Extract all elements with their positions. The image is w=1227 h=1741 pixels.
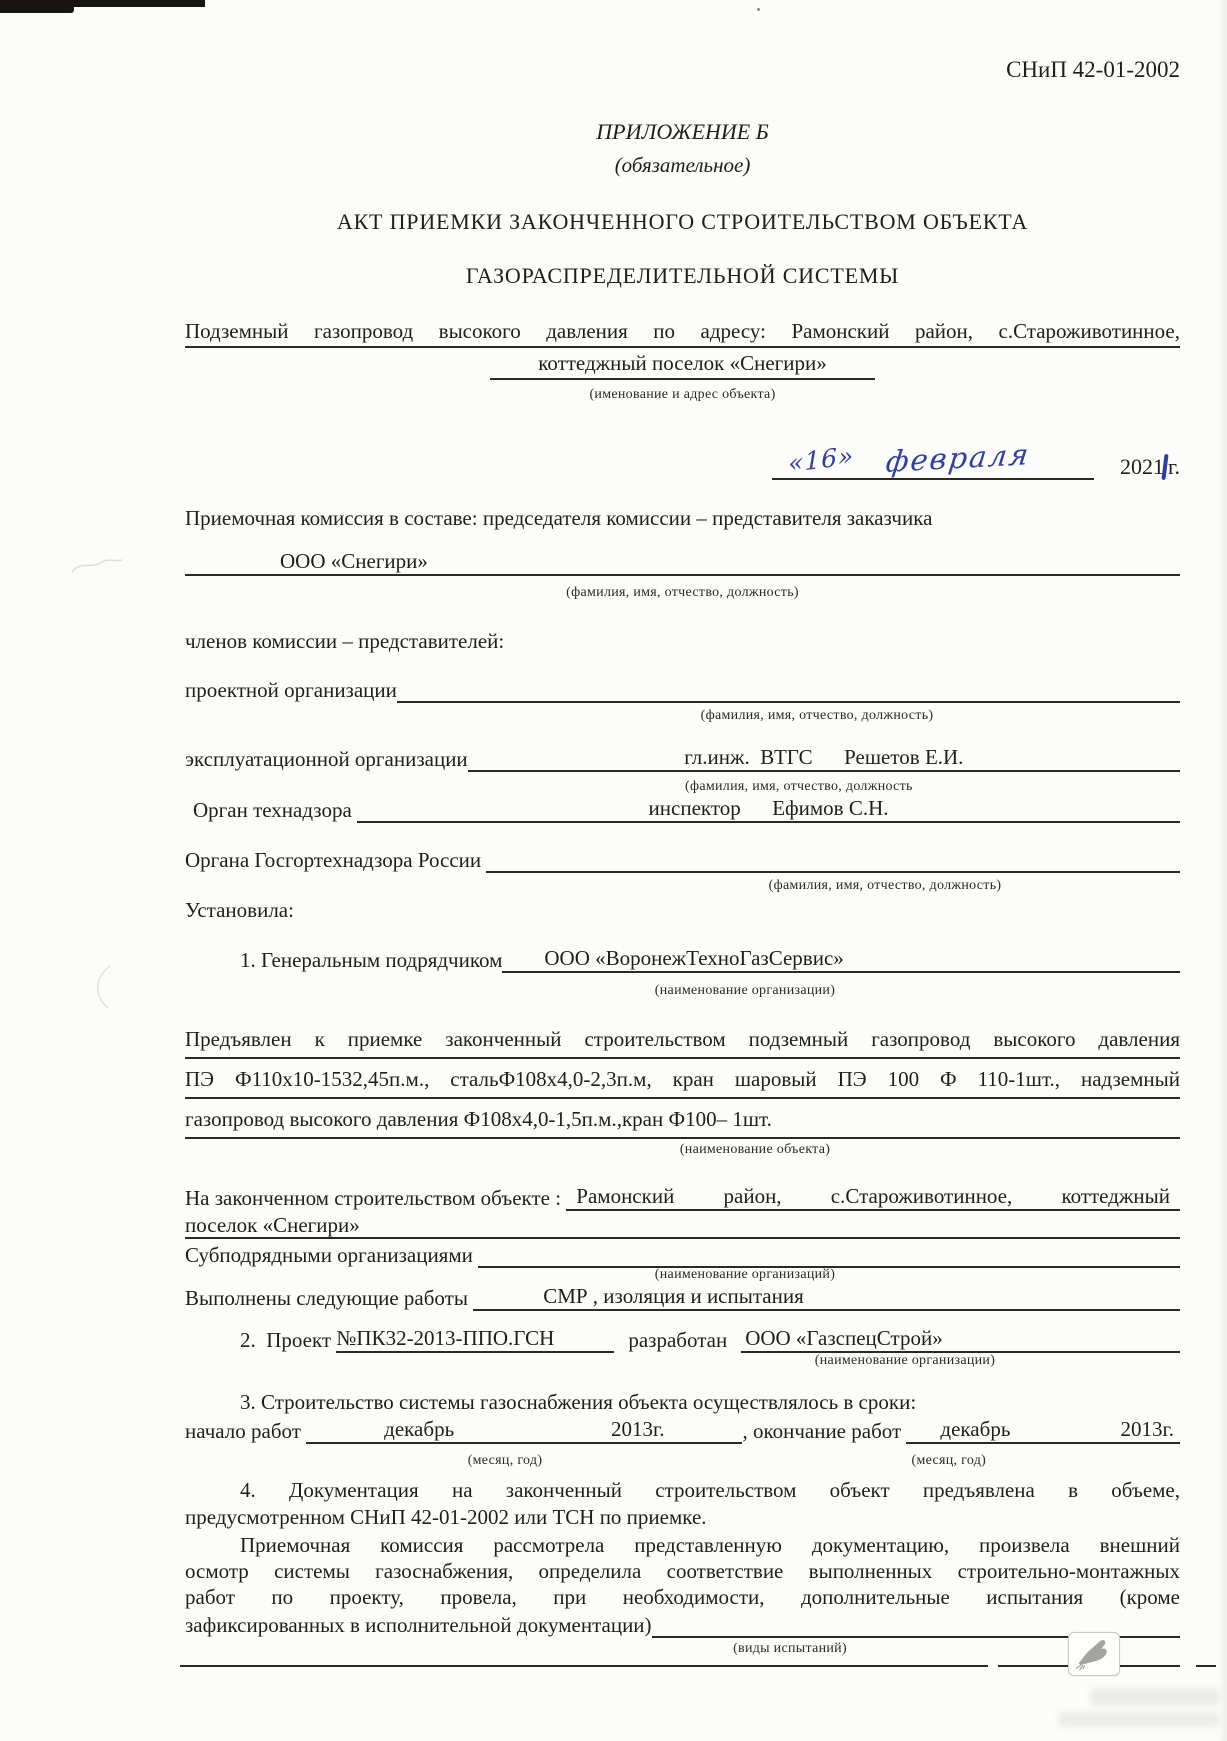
watermark-blob <box>1090 1688 1220 1706</box>
work-end-blank: декабрь 2013г. <box>906 1416 1180 1444</box>
scan-artifact-bar <box>0 0 74 13</box>
finished-object-label: На законченном строительством объекте : <box>185 1185 566 1211</box>
test-types-caption: (виды испытаний) <box>685 1640 895 1658</box>
pencil-scribble <box>86 962 120 1014</box>
item5-line4: зафиксированных в исполнительной докумен… <box>185 1612 652 1638</box>
line-gap <box>988 1663 998 1669</box>
subcontractors-blank <box>478 1240 1180 1268</box>
final-blank-line <box>180 1665 1180 1667</box>
doc-code: СНиП 42-01-2002 <box>185 56 1180 85</box>
item4-line2: предусмотренном СНиП 42-01-2002 или ТСН … <box>185 1504 1180 1530</box>
finished-object-value1: Рамонский район, с.Староживотинное, котт… <box>566 1183 1180 1211</box>
established-label: Установила: <box>185 897 1180 923</box>
members-intro: членов комиссии – представителей: <box>185 628 1180 654</box>
works-value: СМР , изоляция и испытания <box>473 1283 1180 1311</box>
design-org-blank <box>397 675 1180 703</box>
org-name-caption: (наименование организации) <box>585 982 905 1000</box>
watermark-blob <box>1058 1712 1220 1727</box>
stamp-box <box>1068 1632 1120 1676</box>
subcontractors-label: Субподрядными организациями <box>185 1242 478 1268</box>
act-title-line2: ГАЗОРАСПРЕДЕЛИТЕЛЬНОЙ СИСТЕМЫ <box>185 262 1180 290</box>
orgs-name-caption: (наименование организаций) <box>585 1266 905 1284</box>
date-year: 2021 <box>1120 453 1164 481</box>
bird-stamp-icon <box>1073 1637 1115 1671</box>
fio-caption: (фамилия, имя, отчество, должность) <box>185 584 1180 602</box>
works-label: Выполнены следующие работы <box>185 1285 473 1311</box>
scanned-act-page: СНиП 42-01-2002 ПРИЛОЖЕНИЕ Б (обязательн… <box>0 0 1227 1741</box>
handwritten-day: «16» <box>788 440 854 480</box>
chairman-value: ООО «Снегири» <box>185 548 1180 576</box>
operating-org-label: эксплуатационной организации <box>185 746 468 772</box>
item2-label: 2. Проект <box>185 1327 336 1353</box>
appendix-note: (обязательное) <box>185 152 1180 178</box>
item4-line1: 4. Документация на законченный строитель… <box>185 1477 1180 1503</box>
appendix-title: ПРИЛОЖЕНИЕ Б <box>185 118 1180 146</box>
fio-caption: (фамилия, имя, отчество, должность) <box>725 877 1045 895</box>
pencil-scribble <box>68 548 128 584</box>
work-start-month: декабрь <box>384 1416 454 1442</box>
month-year-caption: (месяц, год) <box>864 1452 1034 1470</box>
item1-label: 1. Генеральным подрядчиком <box>185 947 502 973</box>
object-name-line1: Подземный газопровод высокого давления п… <box>185 318 1180 348</box>
work-end-month: декабрь <box>940 1416 1010 1442</box>
object-name-line2: коттеджный поселок «Снегири» <box>490 350 875 380</box>
scan-speck <box>757 8 760 11</box>
fio-caption: (фамилия, имя, отчество, должность) <box>652 707 982 725</box>
presented-line1: Предъявлен к приемке законченный строите… <box>185 1026 1180 1059</box>
work-start-label: начало работ <box>185 1418 306 1444</box>
tech-supervision-label: Орган технадзора <box>185 797 357 823</box>
month-year-caption: (месяц, год) <box>420 1452 590 1470</box>
gosgortechnadzor-blank <box>486 845 1180 873</box>
scan-edge-shading <box>1219 0 1227 1741</box>
item5-line3: работ по проекту, провела, при необходим… <box>185 1584 1180 1610</box>
commission-intro: Приемочная комиссия в составе: председат… <box>185 505 1180 531</box>
date-blank-line: «16» февраля <box>772 440 1094 480</box>
project-developer: ООО «ГазспецСтрой» <box>741 1325 1180 1353</box>
general-contractor-value: ООО «ВоронежТехноГазСервис» <box>502 945 1180 973</box>
object-caption: (наименование объекта) <box>595 1141 915 1159</box>
item2-middle: разработан <box>614 1327 741 1353</box>
operating-org-value: гл.инж. ВТГС Решетов Е.И. <box>468 744 1180 772</box>
org-name-caption: (наименование организации) <box>745 1352 1065 1370</box>
finished-object-value2: поселок «Снегири» <box>185 1212 1180 1239</box>
item5-line2: осмотр системы газоснабжения, определила… <box>185 1558 1180 1584</box>
work-start-blank: декабрь 2013г. <box>306 1416 742 1444</box>
item5-line1: Приемочная комиссия рассмотрела представ… <box>185 1532 1180 1558</box>
object-name-caption: (именование и адрес объекта) <box>185 386 1180 404</box>
presented-line3: газопровод высокого давления Ф108х4,0-1,… <box>185 1106 1180 1139</box>
project-number: №ПК32-2013-ППО.ГСН <box>336 1325 614 1353</box>
fio-caption-open: (фамилия, имя, отчество, должность <box>685 778 1015 796</box>
date-year-suffix: г. <box>1168 453 1180 481</box>
handwritten-month: февраля <box>883 436 1032 480</box>
tech-supervision-value: инспектор Ефимов С.Н. <box>357 795 1180 823</box>
work-end-year: 2013г. <box>1121 1416 1175 1442</box>
design-org-label: проектной организации <box>185 677 397 703</box>
act-title-line1: АКТ ПРИЕМКИ ЗАКОНЧЕННОГО СТРОИТЕЛЬСТВОМ … <box>185 208 1180 236</box>
work-end-label: , окончание работ <box>742 1418 906 1444</box>
work-start-year: 2013г. <box>611 1416 665 1442</box>
gosgortechnadzor-label: Органа Госгортехнадзора России <box>185 847 486 873</box>
final-line-dash <box>1196 1665 1216 1667</box>
item3-label: 3. Строительство системы газоснабжения о… <box>185 1389 1180 1415</box>
presented-line2: ПЭ Ф110х10-1532,45п.м., стальФ108х4,0-2,… <box>185 1066 1180 1099</box>
